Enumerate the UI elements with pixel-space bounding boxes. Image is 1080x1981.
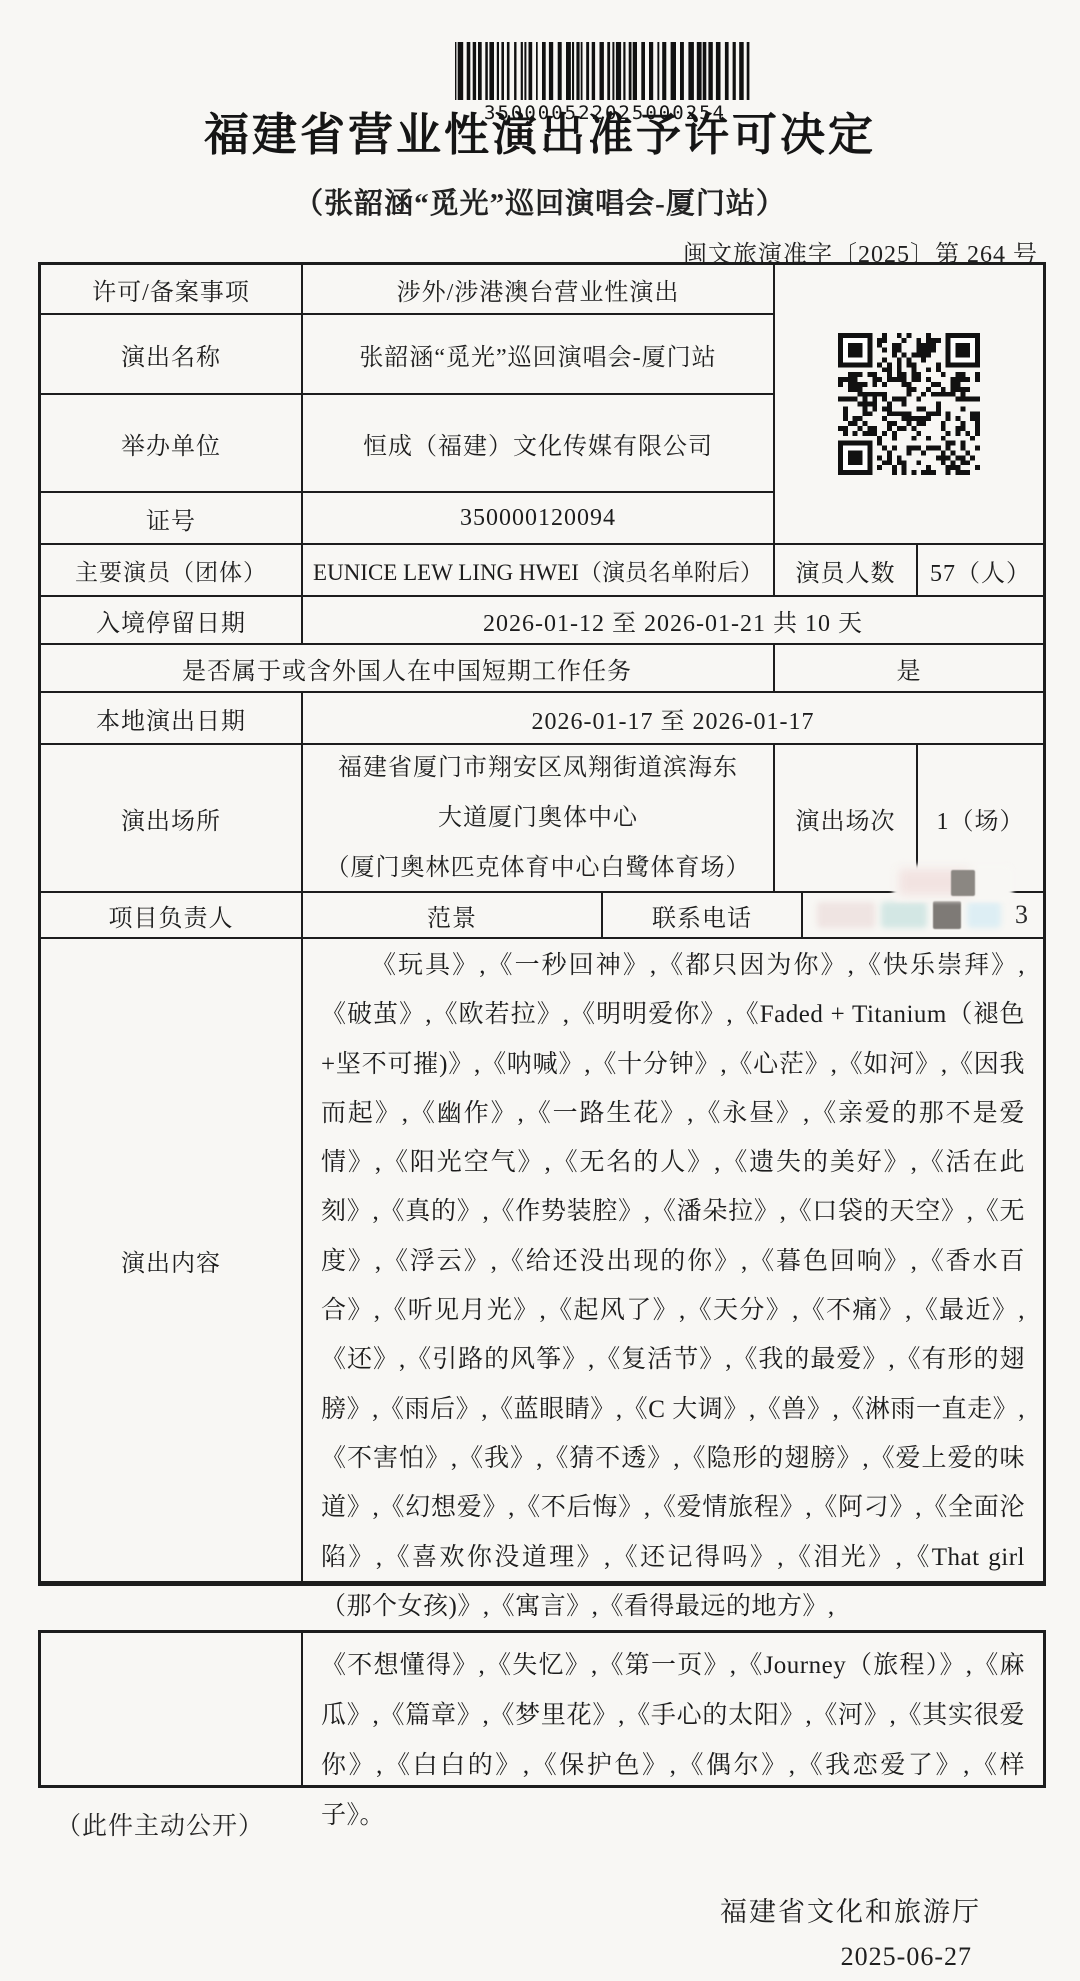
performer-count-label: 演员人数 [775,545,918,595]
foreigner-work-label: 是否属于或含外国人在中国短期工作任务 [41,645,775,691]
entry-stay-label: 入境停留日期 [41,597,303,643]
qr-cell [775,265,1043,543]
redaction-smudge-icon [967,902,1001,928]
organizer-label: 举办单位 [41,395,303,491]
table-row-organizer: 举办单位 恒成（福建）文化传媒有限公司 [41,395,773,493]
page-subtitle: （张韶涵“觅光”巡回演唱会-厦门站） [0,181,1080,222]
foreigner-work-value: 是 [775,645,1043,691]
performance-content-value: 《玩具》,《一秒回神》,《都只因为你》,《快乐崇拜》,《破茧》,《欧若拉》,《明… [303,939,1043,1581]
performer-count-value: 57（人） [918,545,1043,595]
phone-value: 3 [803,893,1043,937]
local-dates-label: 本地演出日期 [41,693,303,743]
table-row-certificate-no: 证号 350000120094 [41,493,773,543]
table-row-performance-content: 演出内容 《玩具》,《一秒回神》,《都只因为你》,《快乐崇拜》,《破茧》,《欧若… [41,939,1043,1583]
page-title: 福建省营业性演出准予许可决定 [0,98,1080,163]
project-manager-label: 项目负责人 [41,893,303,937]
qr-code-icon [838,333,980,475]
table-row-main-performers: 主要演员（团体） EUNICE LEW LING HWEI（演员名单附后） 演员… [41,545,1043,597]
entry-stay-value: 2026-01-12 至 2026-01-21 共 10 天 [303,597,1043,643]
performance-content-label: 演出内容 [41,939,303,1581]
phone-redaction: 3 [817,900,1029,930]
issue-date: 2025-06-27 [841,1942,972,1972]
main-performers-value: EUNICE LEW LING HWEI（演员名单附后） [303,545,775,595]
performance-name-value: 张韶涵“觅光”巡回演唱会-厦门站 [303,315,773,393]
venue-value: 福建省厦门市翔安区凤翔街道滨海东 大道厦门奥体中心 （厦门奥林匹克体育中心白鹭体… [303,745,775,891]
table-row-permit-item: 许可/备案事项 涉外/涉港澳台营业性演出 [41,265,773,315]
permit-item-value: 涉外/涉港澳台营业性演出 [303,265,773,313]
continuation-table: 《不想懂得》,《失忆》,《第一页》,《Journey（旅程）》,《麻瓜》,《篇章… [38,1630,1046,1788]
table-row-performance-name: 演出名称 张韶涵“觅光”巡回演唱会-厦门站 [41,315,773,395]
table-row-foreigner-work: 是否属于或含外国人在中国短期工作任务 是 [41,645,1043,693]
sessions-value: 1（场） [918,745,1043,891]
issuer-signature: 福建省文化和旅游厅 [720,1890,981,1929]
certificate-no-value: 350000120094 [303,493,773,543]
table-row-project-manager: 项目负责人 范景 联系电话 3 [41,893,1043,939]
continuation-label-cell [41,1633,303,1785]
performance-content-continued: 《不想懂得》,《失忆》,《第一页》,《Journey（旅程）》,《麻瓜》,《篇章… [303,1633,1043,1785]
project-manager-value: 范景 [303,893,603,937]
table-row-venue: 演出场所 福建省厦门市翔安区凤翔街道滨海东 大道厦门奥体中心 （厦门奥林匹克体育… [41,745,1043,893]
permit-table: 许可/备案事项 涉外/涉港澳台营业性演出 演出名称 张韶涵“觅光”巡回演唱会-厦… [38,262,1046,1586]
redaction-smudge-icon [881,902,927,928]
disclosure-note: （此件主动公开） [56,1806,264,1842]
certificate-no-label: 证号 [41,493,303,543]
permit-document-page: 350000522025000254 福建省营业性演出准予许可决定 （张韶涵“觅… [0,0,1080,1981]
venue-label: 演出场所 [41,745,303,891]
organizer-value: 恒成（福建）文化传媒有限公司 [303,395,773,491]
table-row-entry-stay-dates: 入境停留日期 2026-01-12 至 2026-01-21 共 10 天 [41,597,1043,645]
barcode-icon [453,42,757,100]
table-row-local-dates: 本地演出日期 2026-01-17 至 2026-01-17 [41,693,1043,745]
local-dates-value: 2026-01-17 至 2026-01-17 [303,693,1043,743]
redaction-smudge-icon [817,902,875,928]
sessions-label: 演出场次 [775,745,918,891]
phone-visible-digit: 3 [1007,900,1029,930]
main-performers-label: 主要演员（团体） [41,545,303,595]
table-section-top: 许可/备案事项 涉外/涉港澳台营业性演出 演出名称 张韶涵“觅光”巡回演唱会-厦… [41,265,1043,545]
phone-label: 联系电话 [603,893,803,937]
redaction-block-icon [933,901,961,929]
performance-name-label: 演出名称 [41,315,303,393]
permit-item-label: 许可/备案事项 [41,265,303,313]
